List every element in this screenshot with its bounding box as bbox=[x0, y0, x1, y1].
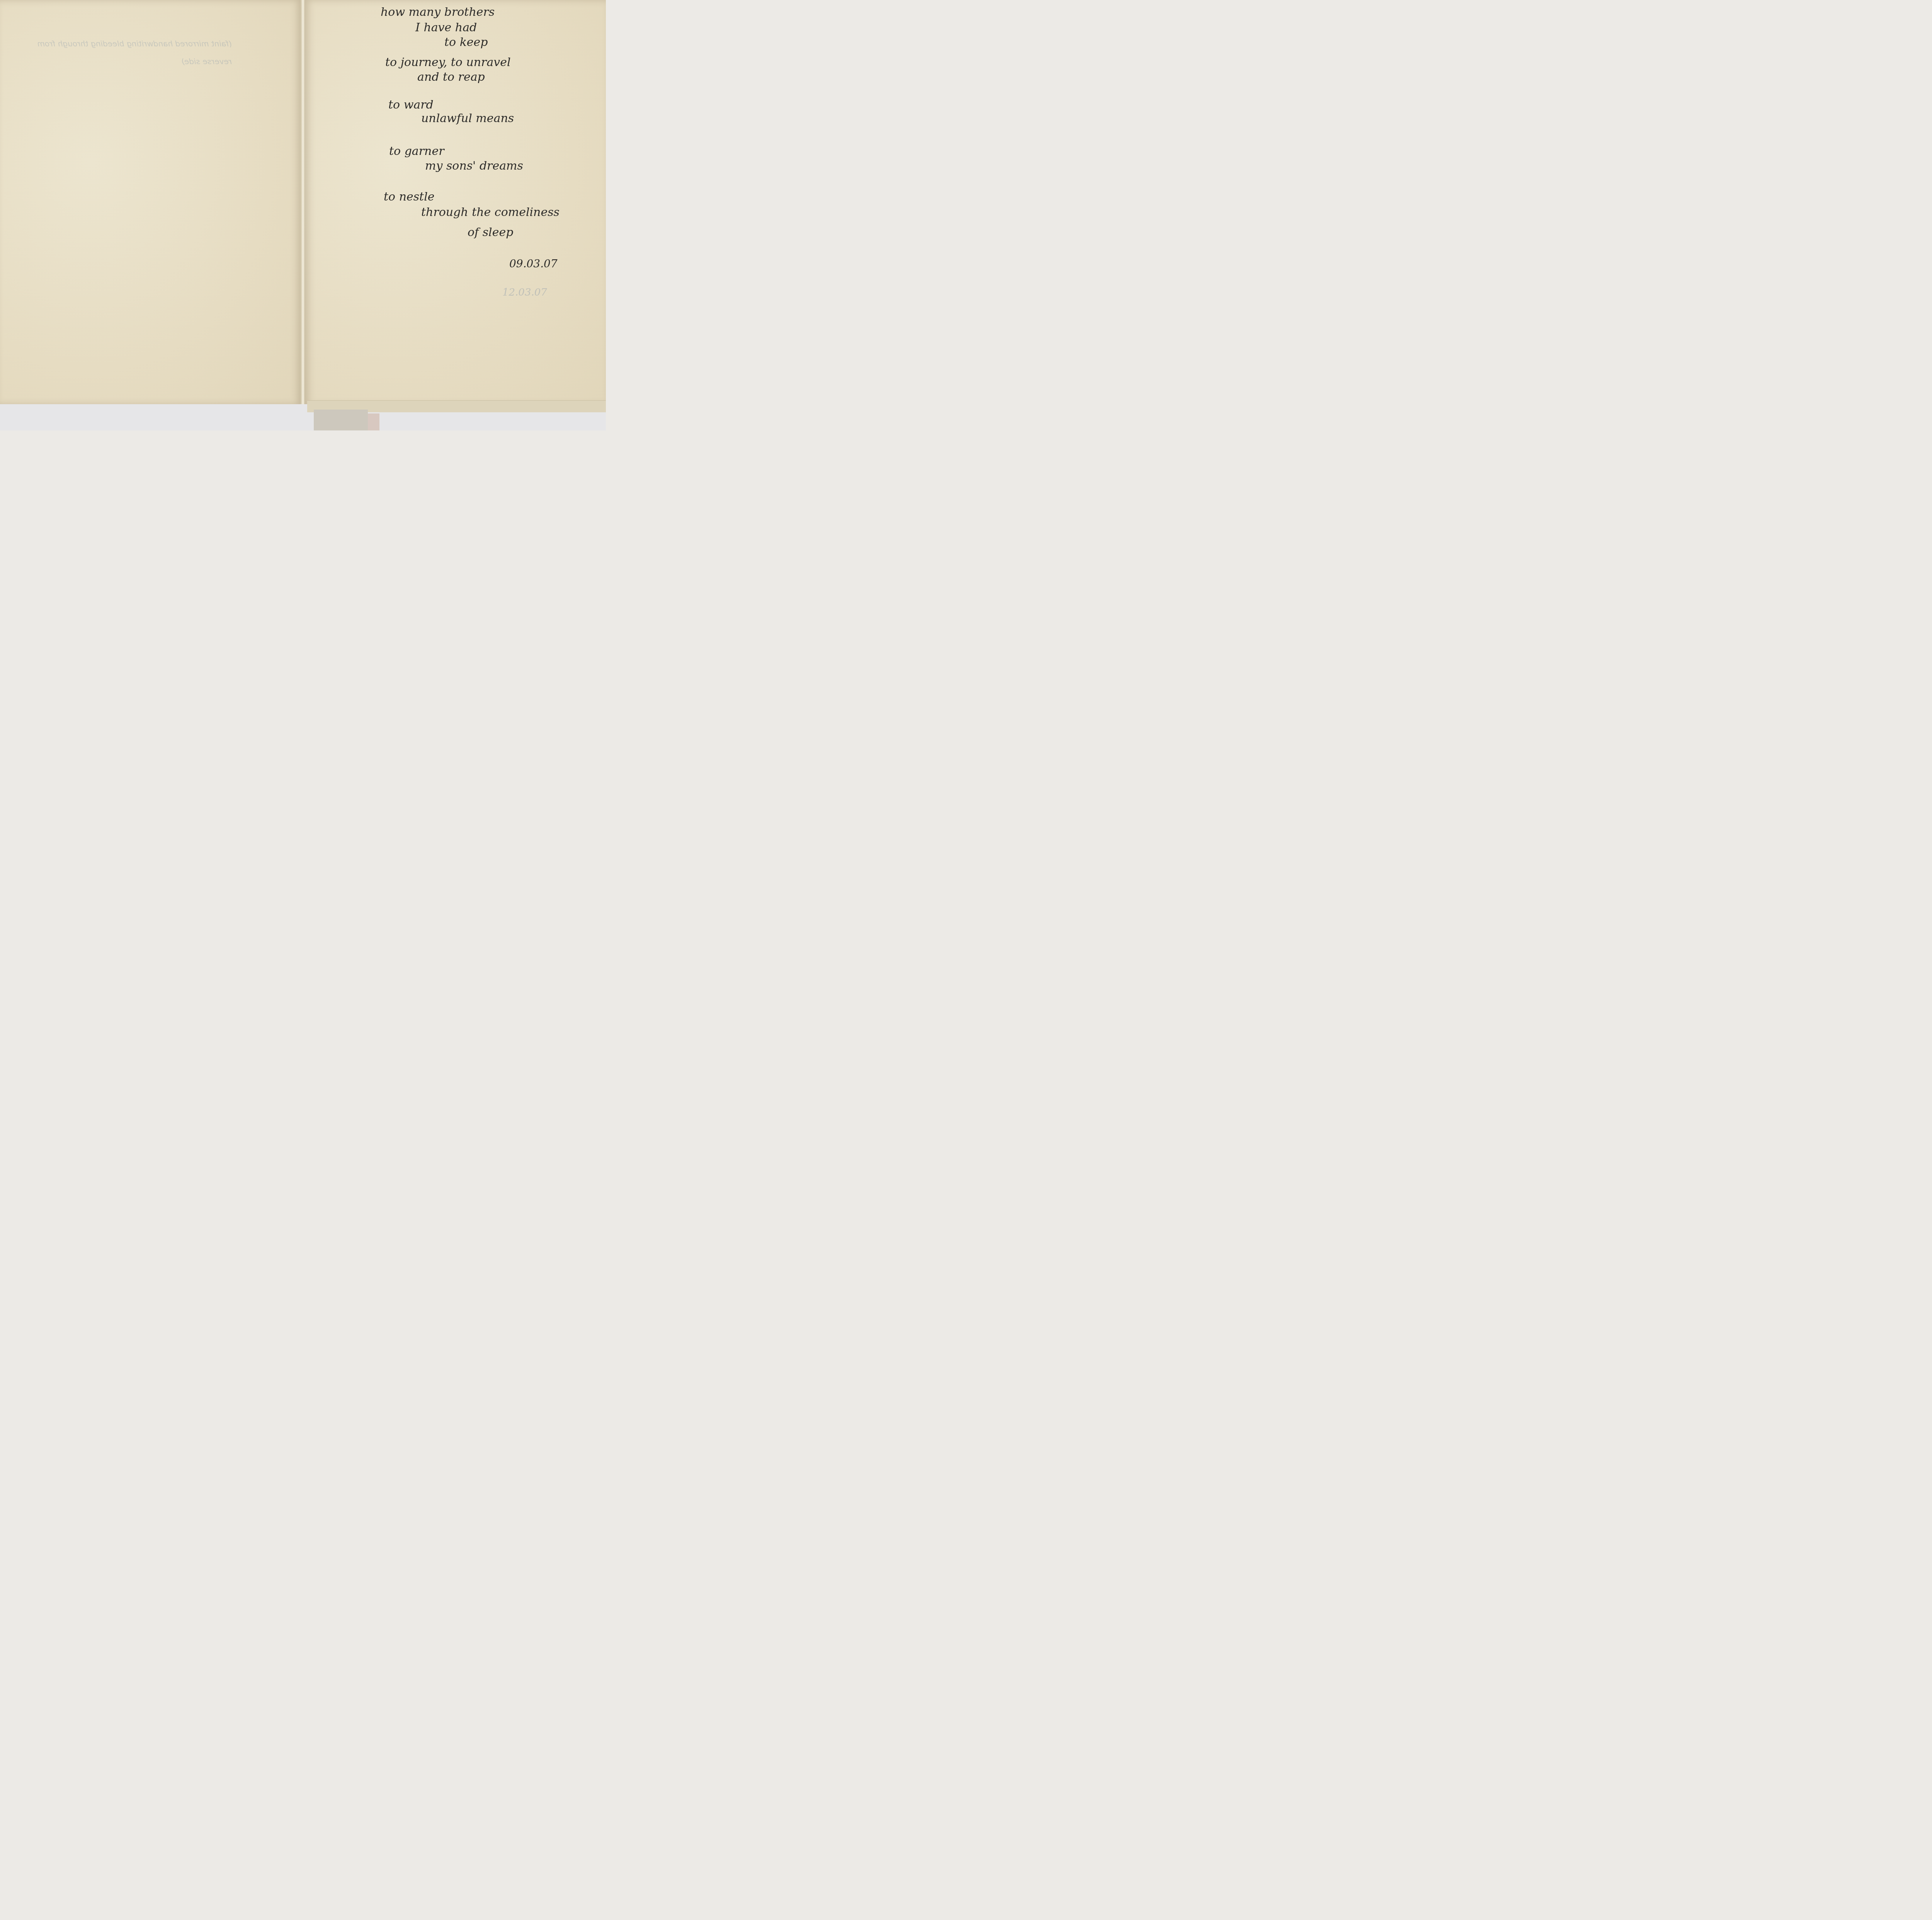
cover-tab bbox=[314, 410, 368, 430]
poem-line: through the comeliness bbox=[421, 206, 560, 219]
poem-line: and to reap bbox=[417, 70, 485, 84]
left-page: (faint mirrored handwriting bleeding thr… bbox=[0, 0, 301, 405]
poem-line: to garner bbox=[389, 145, 444, 158]
poem-line: to keep bbox=[444, 36, 488, 49]
poem-line: to nestle bbox=[384, 190, 435, 204]
poem-line: my sons' dreams bbox=[425, 159, 523, 173]
poem-line: how many brothers bbox=[381, 5, 495, 19]
cover-tab-2 bbox=[368, 413, 379, 430]
poem-date: 09.03.07 bbox=[509, 257, 558, 270]
poem-line: unlawful means bbox=[421, 112, 514, 125]
poem-line: to journey, to unravel bbox=[385, 56, 511, 69]
poem-line: I have had bbox=[415, 21, 477, 34]
bleed-through-date: 12.03.07 bbox=[502, 287, 547, 298]
bleed-through-text: (faint mirrored handwriting bleeding thr… bbox=[15, 35, 232, 70]
poem-line: of sleep bbox=[468, 226, 513, 239]
poem-line: to ward bbox=[388, 98, 434, 112]
